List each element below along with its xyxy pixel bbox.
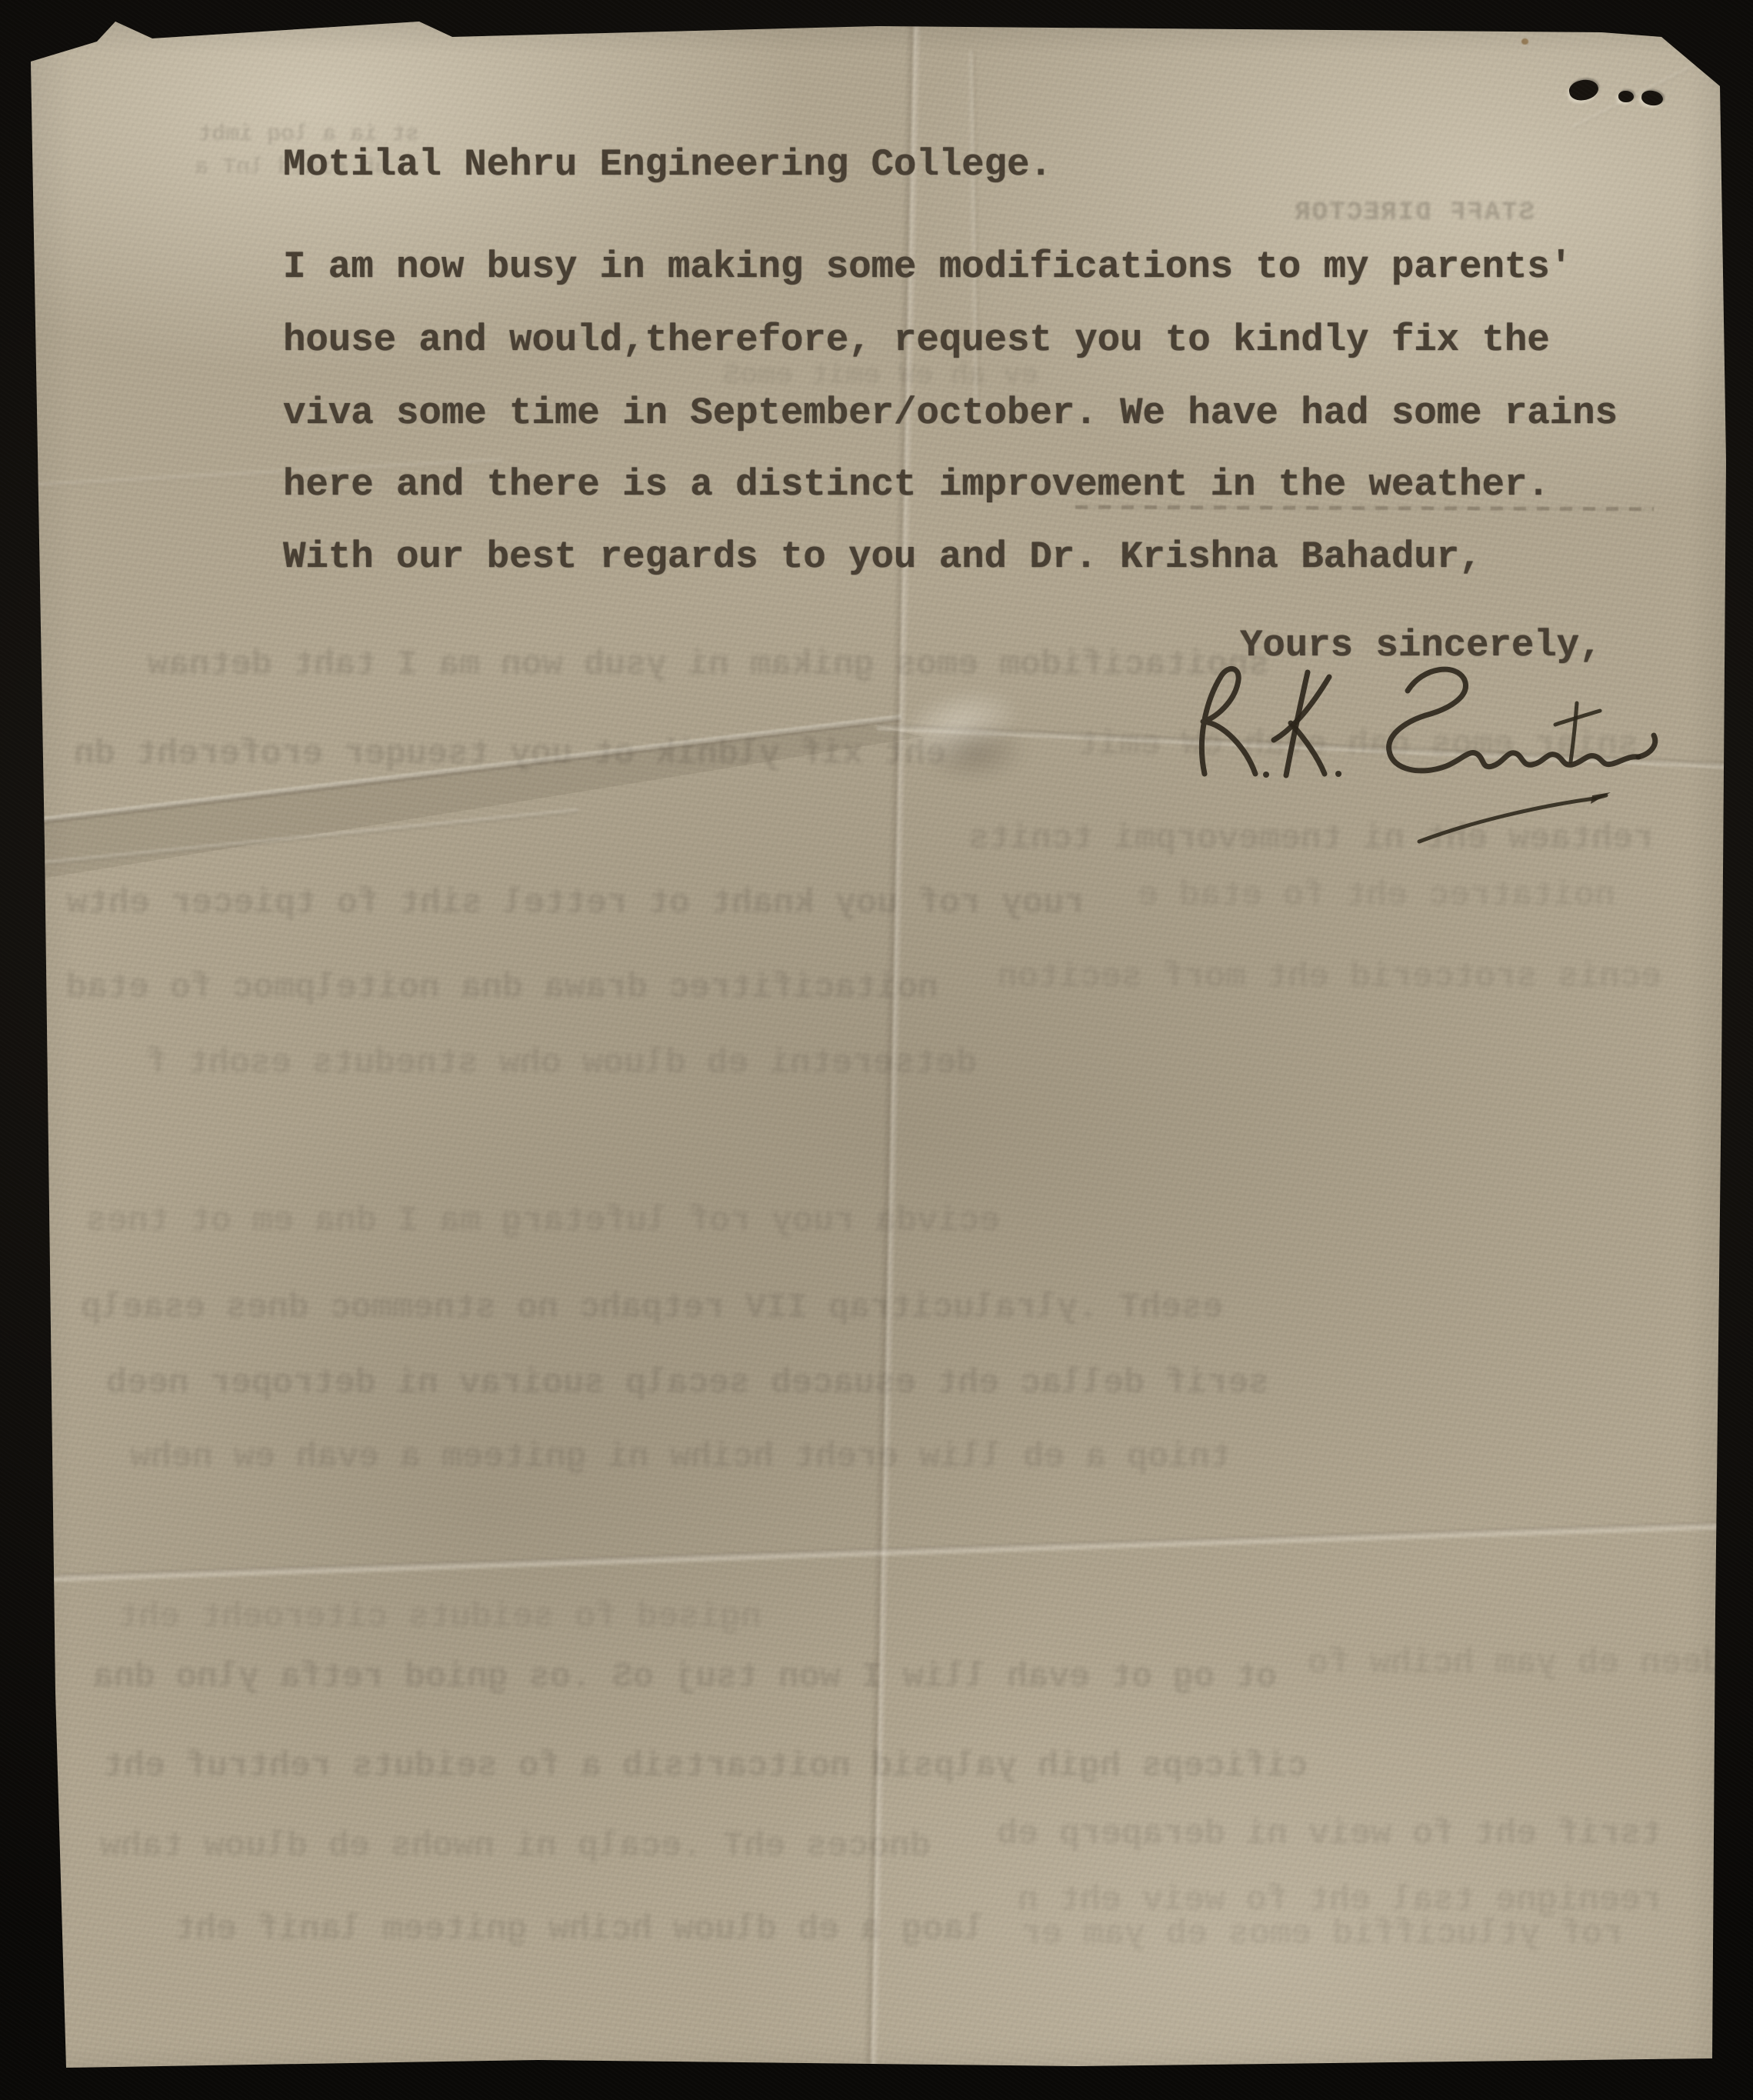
typed-line-house: house and would,therefore, request you t… xyxy=(283,322,1550,359)
typed-line-regards: With our best regards to you and Dr. Kri… xyxy=(283,538,1481,576)
pin-hole xyxy=(1618,91,1634,102)
ghost-line: laog a eb dluow hcihw gniteem lanif eht xyxy=(146,1912,985,1947)
ghost-line: rof ytluciffid emos eb yam er xyxy=(1008,1917,1623,1952)
signature-ink-strokes xyxy=(1175,658,1698,862)
ghost-line: dnoces ehT .ecalp ni nwohs eb dluow tahw xyxy=(100,1829,931,1864)
ghost-line: ot og ot evah lliw I won tsuj oS .os gni… xyxy=(62,1660,1277,1695)
letter-paper: st ia a loq imbt ub eiatd lnT a STAFF DI… xyxy=(0,0,1753,2100)
ghost-line: ruoy rof uoy knaht ot rettel siht fo tpi… xyxy=(62,886,1085,921)
pin-hole xyxy=(1568,77,1601,102)
ghost-header-staff-director: STAFF DIRECTOR xyxy=(1227,198,1535,228)
ghost-line: noitatrec eht fo etad e xyxy=(1138,878,1615,913)
fold-crease-diagonal xyxy=(0,715,901,830)
ghost-line: ecnis srotcerid eht morf seciton xyxy=(1000,960,1661,995)
weather-underline xyxy=(1075,505,1654,512)
ghost-line: tniop a eb lliw ereht hcihw ni gniteem a… xyxy=(131,1440,1231,1475)
typed-line-college: Motilal Nehru Engineering College. xyxy=(283,146,1052,184)
signature-handwritten: R.K. Srivastava xyxy=(1175,658,1698,862)
ghost-line: reenigne tsal eht fo weiv eht n xyxy=(1008,1883,1661,1918)
ghost-line: cificeps hgih yalpsid noitcartsib a fo s… xyxy=(54,1749,1308,1784)
ghost-line: ecivda ruoy rof lufetarg ma I dna em ot … xyxy=(85,1204,1000,1238)
ghost-line: noitacifitrec drawa dna noitelpmoc fo et… xyxy=(54,971,938,1005)
typed-line-weather: here and there is a distinct improvement… xyxy=(283,466,1550,504)
ghost-line: esehT .ylralucitrap IIV retpahc no stnem… xyxy=(54,1291,1223,1325)
ghost-line: deen eb yam hcihw fo xyxy=(1308,1646,1723,1681)
ghost-line: serif dellac eht esuaceb secalp suoirav … xyxy=(54,1366,1269,1401)
ghost-line: tsrif eht fo weiv ni deraperp eb xyxy=(969,1817,1661,1852)
pin-hole xyxy=(1641,89,1664,107)
letter-scan: st ia a loq imbt ub eiatd lnT a STAFF DI… xyxy=(0,0,1753,2100)
ghost-line: detseretni eb dluow ohw stneduts esoht f… xyxy=(146,1046,977,1081)
rust-speck xyxy=(1521,38,1528,45)
typed-line-viva: viva some time in September/october. We … xyxy=(283,395,1618,432)
ghost-line: ngised fo seiduts citeroeht eht xyxy=(108,1600,762,1635)
ghost-line: eht xif yldnik ot uoy tseuqer erofereht … xyxy=(54,737,946,772)
ghost-line: ev ah eW emit emoS xyxy=(638,362,1038,391)
fold-crease-lower xyxy=(0,1521,1741,1585)
typed-line-busy: I am now busy in making some modificatio… xyxy=(283,248,1572,286)
fold-crease-diagonal-secondary xyxy=(0,808,578,871)
ghost-line: snoitacifidom emos gnikam ni ysub won ma… xyxy=(131,648,1269,682)
